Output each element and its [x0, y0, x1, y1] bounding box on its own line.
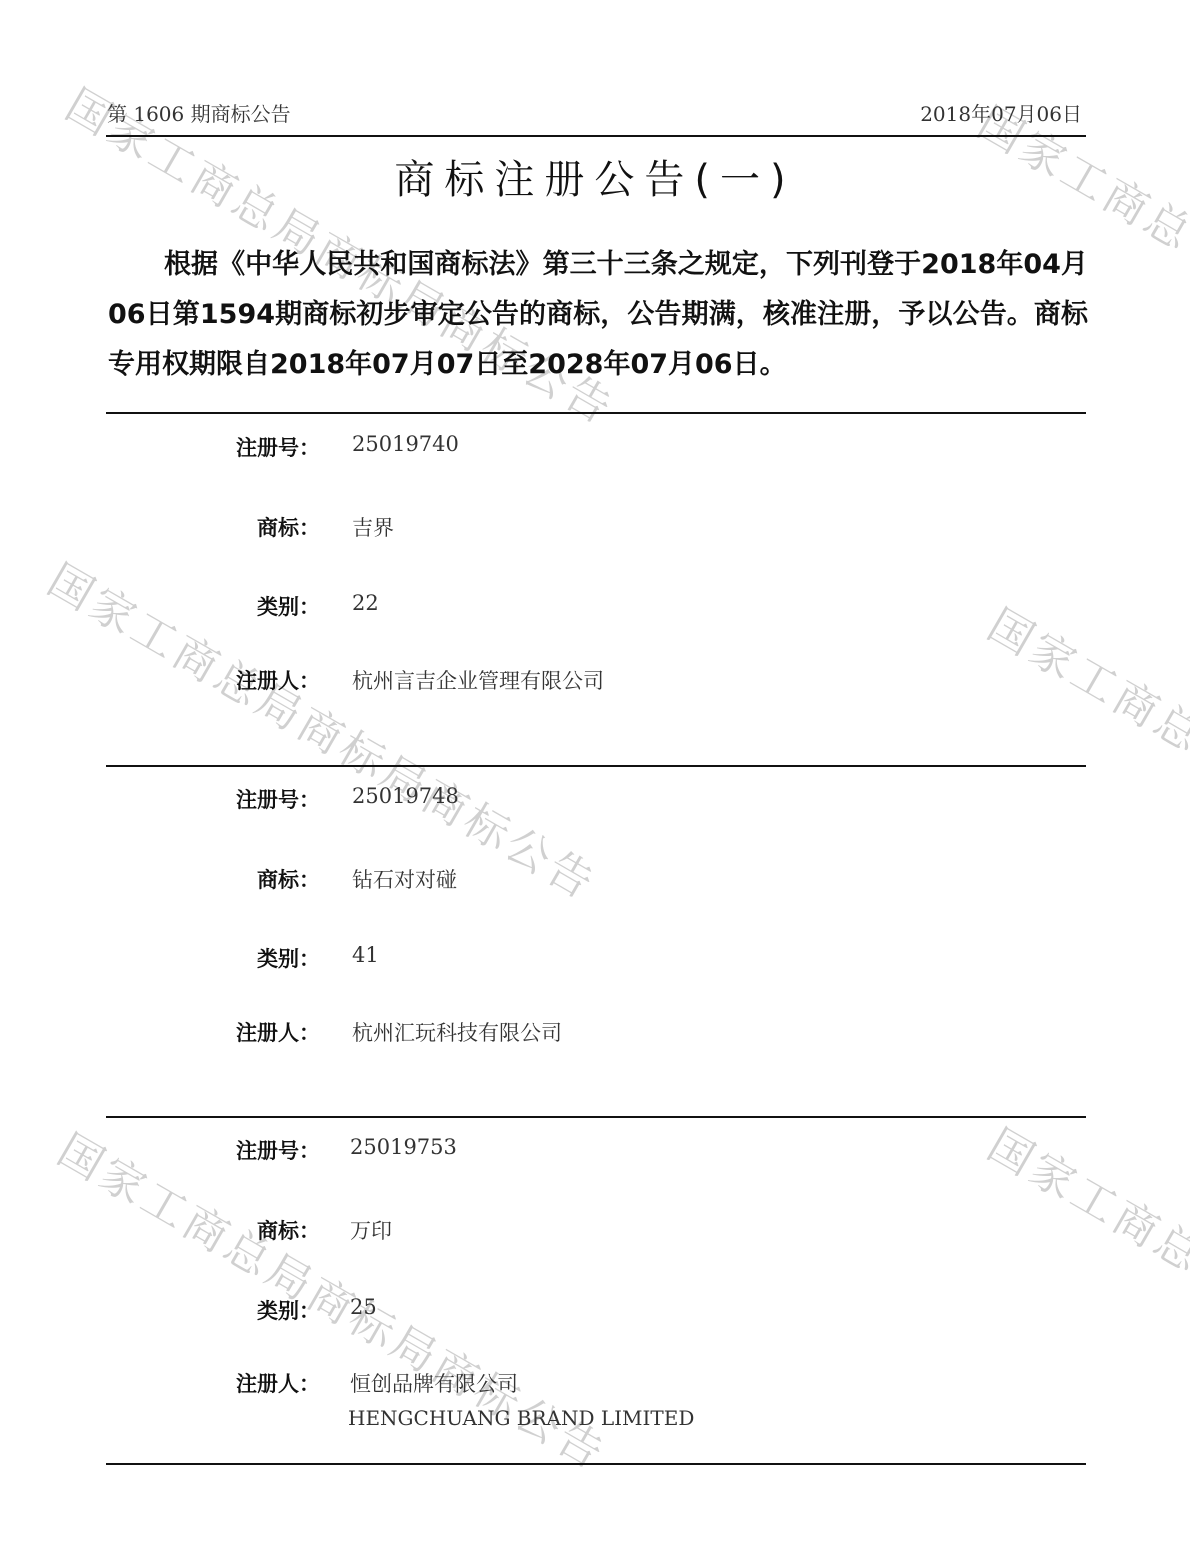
reg-no-label: 注册号：	[0, 1135, 320, 1165]
entry-divider	[106, 412, 1086, 414]
registrant-value: 杭州言吉企业管理有限公司	[352, 665, 604, 695]
footer-divider	[106, 1463, 1086, 1465]
page-title: 商标注册公告(一)	[0, 148, 1190, 205]
class-value: 22	[352, 591, 379, 615]
reg-no-value: 25019748	[352, 784, 459, 808]
registrant-label: 注册人：	[0, 665, 320, 695]
registrant-label: 注册人：	[0, 1017, 320, 1047]
class-value: 41	[352, 943, 379, 967]
watermark: 国家工商总	[978, 590, 1190, 765]
registrant-label: 注册人：	[0, 1368, 320, 1398]
class-label: 类别：	[0, 943, 320, 973]
mark-label: 商标：	[0, 1215, 320, 1245]
registrant-value: 杭州汇玩科技有限公司	[352, 1017, 562, 1047]
watermark: 国家工商总	[978, 1110, 1190, 1285]
class-label: 类别：	[0, 591, 320, 621]
issue-number: 第 1606 期商标公告	[107, 98, 291, 127]
reg-no-value: 25019753	[350, 1135, 457, 1159]
intro-paragraph: 根据《中华人民共和国商标法》第三十三条之规定，下列刊登于2018年04月06日第…	[108, 240, 1088, 390]
mark-value: 万印	[350, 1215, 392, 1245]
reg-no-label: 注册号：	[0, 784, 320, 814]
reg-no-value: 25019740	[352, 432, 459, 456]
entry-divider	[106, 1116, 1086, 1118]
registrant-value: 恒创品牌有限公司	[350, 1368, 518, 1398]
registrant-english-name: HENGCHUANG BRAND LIMITED	[348, 1406, 694, 1430]
entry-divider	[106, 765, 1086, 767]
class-label: 类别：	[0, 1295, 320, 1325]
header-divider	[106, 135, 1086, 137]
mark-label: 商标：	[0, 864, 320, 894]
reg-no-label: 注册号：	[0, 432, 320, 462]
mark-label: 商标：	[0, 512, 320, 542]
mark-value: 吉界	[352, 512, 394, 542]
issue-date: 2018年07月06日	[920, 98, 1082, 127]
mark-value: 钻石对对碰	[352, 864, 457, 894]
class-value: 25	[350, 1295, 377, 1319]
